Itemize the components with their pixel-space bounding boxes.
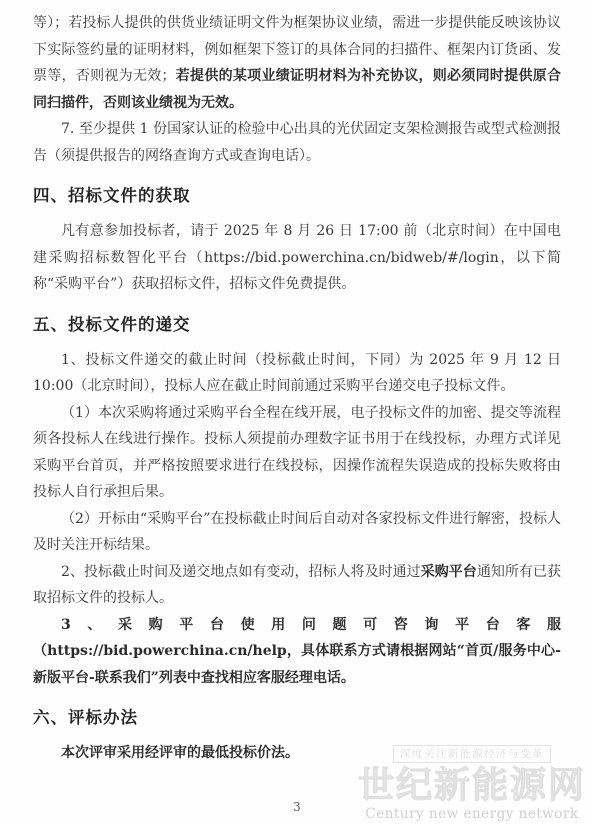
paragraph: 等）；若投标人提供的供货业绩证明文件为框架协议业绩，需进一步提供能反映该协议下实…	[33, 10, 561, 116]
section-heading: 六、评标办法	[33, 705, 561, 730]
text-run: 采购平台	[421, 564, 477, 580]
watermark-title: 世纪新能源网	[354, 765, 590, 805]
text-run: （1）本次采购将通过采购平台全程在线开展，电子投标文件的加密、提交等流程须各投标…	[33, 405, 561, 501]
paragraph: 1、投标文件递交的截止时间（投标截止时间，下同）为 2025 年 9 月 12 …	[33, 347, 561, 400]
section-heading: 四、招标文件的获取	[33, 183, 561, 208]
paragraph: （2）开标由“采购平台”在投标截止时间后自动对各家投标文件进行解密，投标人及时关…	[33, 506, 561, 559]
paragraph: （1）本次采购将通过采购平台全程在线开展，电子投标文件的加密、提交等流程须各投标…	[33, 400, 561, 506]
text-run: （2）开标由“采购平台”在投标截止时间后自动对各家投标文件进行解密，投标人及时关…	[33, 511, 561, 554]
document-body: 等）；若投标人提供的供货业绩证明文件为框架协议业绩，需进一步提供能反映该协议下实…	[33, 10, 561, 767]
text-run: 3、采购平台使用问题可咨询平台客服（https://bid.powerchina…	[33, 617, 561, 686]
text-run: 1、投标文件递交的截止时间（投标截止时间，下同）为 2025 年 9 月 12 …	[33, 352, 561, 395]
text-run: 2、投标截止时间及递交地点如有变动，招标人将及时通过	[61, 564, 421, 580]
paragraph: 凡有意参加投标者，请于 2025 年 8 月 26 日 17:00 前（北京时间…	[33, 218, 561, 298]
paragraph: 本次评审采用经评审的最低投标价法。	[33, 740, 561, 767]
paragraph: 3、采购平台使用问题可咨询平台客服（https://bid.powerchina…	[33, 612, 561, 692]
paragraph: 7. 至少提供 1 份国家认证的检验中心出具的光伏固定支架检测报告或型式检测报告…	[33, 116, 561, 169]
section-heading: 五、投标文件的递交	[33, 312, 561, 337]
paragraph: 2、投标截止时间及递交地点如有变动，招标人将及时通过采购平台通知所有已获取招标文…	[33, 559, 561, 612]
page-number: 3	[0, 800, 594, 814]
text-run: 凡有意参加投标者，请于 2025 年 8 月 26 日 17:00 前（北京时间…	[33, 223, 561, 292]
text-run: 本次评审采用经评审的最低投标价法。	[61, 745, 299, 761]
document-page: 等）；若投标人提供的供货业绩证明文件为框架协议业绩，需进一步提供能反映该协议下实…	[0, 0, 594, 826]
text-run: 7. 至少提供 1 份国家认证的检验中心出具的光伏固定支架检测报告或型式检测报告…	[33, 121, 561, 164]
